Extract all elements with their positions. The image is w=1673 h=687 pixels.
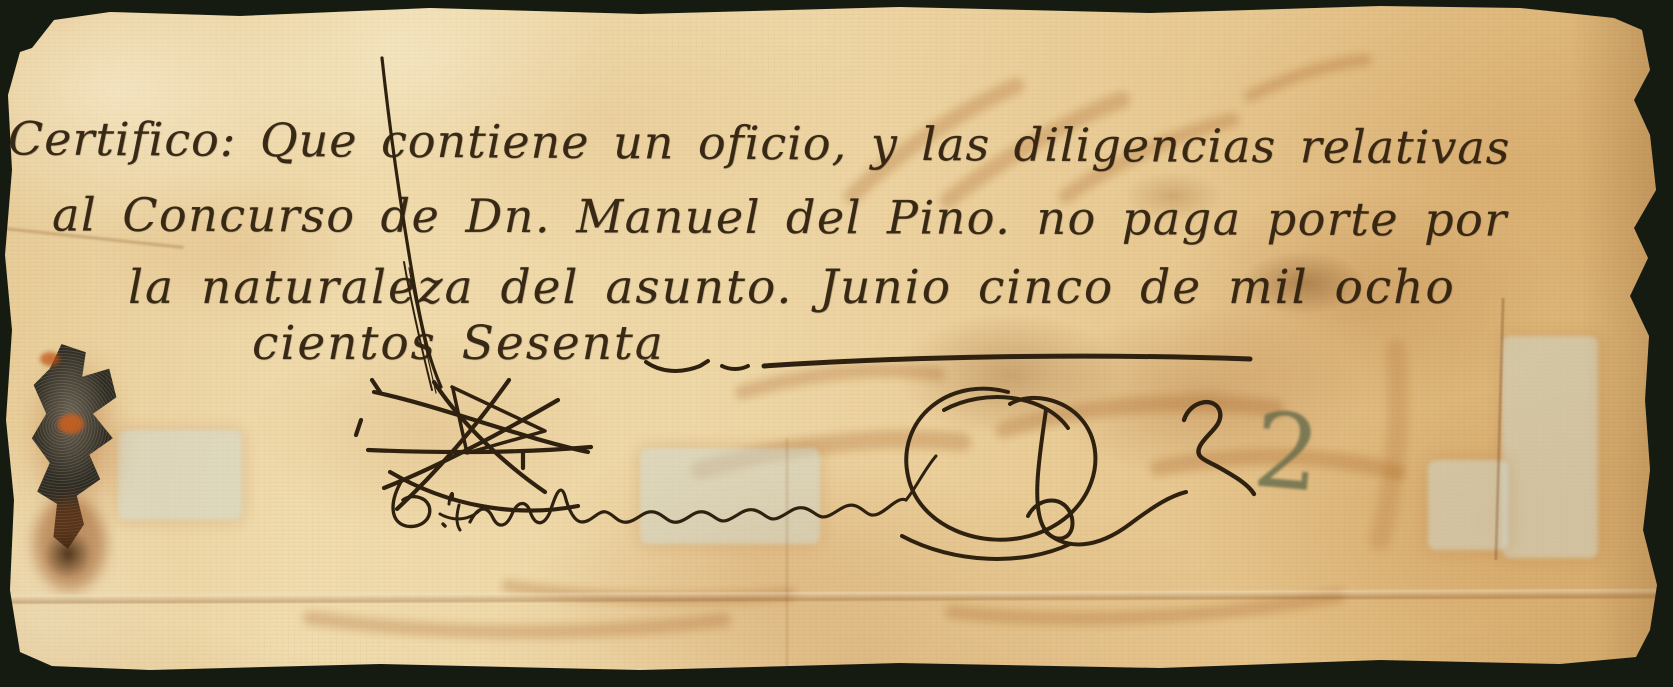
ink-marks: [0, 0, 1673, 687]
cancel-stroke-icon: [382, 58, 441, 393]
document-paper: 2 Certifico: Que contiene un oficio, y l…: [0, 0, 1673, 687]
crossed-star-icon: [356, 380, 591, 530]
photo-background: 2 Certifico: Que contiene un oficio, y l…: [0, 0, 1673, 687]
underline-dash-icon: [646, 356, 1250, 371]
ink-numeral-2-icon: [1184, 402, 1254, 494]
